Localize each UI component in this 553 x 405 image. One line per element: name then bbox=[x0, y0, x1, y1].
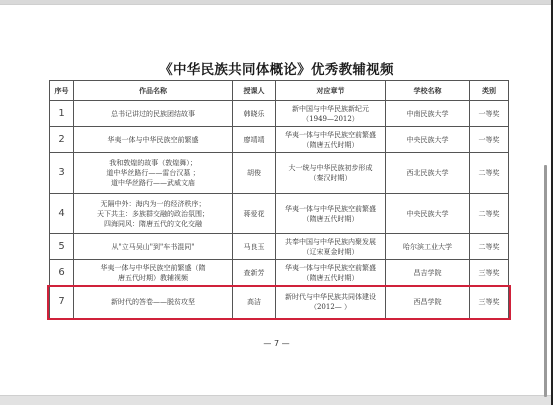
vertical-scrollbar[interactable] bbox=[544, 165, 547, 397]
cell-no: 3 bbox=[50, 153, 74, 194]
cell-teacher: 蒋爱花 bbox=[233, 194, 276, 234]
row-7-highlight-box bbox=[47, 285, 511, 320]
cell-work: 我和敦煌的故事（敦煌舞）；道中华丝路行——雷台汉墓 ；道中华丝路行——武威文庙 bbox=[74, 153, 233, 194]
cell-category: 三等奖 bbox=[470, 260, 509, 286]
cell-school: 昌吉学院 bbox=[386, 260, 470, 286]
header-work: 作品名称 bbox=[74, 81, 233, 101]
cell-teacher: 马良玉 bbox=[233, 234, 276, 260]
header-school: 学校名称 bbox=[386, 81, 470, 101]
table-row: 4 无隔中外：海内为一的经济秩序；天下共主：多族群交融的政治氛围；四海同风：隋唐… bbox=[50, 194, 509, 234]
cell-teacher: 胡俊 bbox=[233, 153, 276, 194]
cell-teacher: 韩晓乐 bbox=[233, 101, 276, 127]
cell-no: 5 bbox=[50, 234, 74, 260]
cell-chapter: 共奉中国与中华民族内聚发展（辽宋夏金时期） bbox=[276, 234, 386, 260]
cell-no: 6 bbox=[50, 260, 74, 286]
table-row: 1 总书记讲过的民族团结故事 韩晓乐 新中国与中华民族新纪元（1949—2012… bbox=[50, 101, 509, 127]
cell-category: 二等奖 bbox=[470, 234, 509, 260]
cell-category: 二等奖 bbox=[470, 153, 509, 194]
table-row: 5 从"立马吴山"到"车书混同" 马良玉 共奉中国与中华民族内聚发展（辽宋夏金时… bbox=[50, 234, 509, 260]
cell-work: 从"立马吴山"到"车书混同" bbox=[74, 234, 233, 260]
cell-school: 哈尔滨工业大学 bbox=[386, 234, 470, 260]
cell-work: 总书记讲过的民族团结故事 bbox=[74, 101, 233, 127]
cell-teacher: 廖靖靖 bbox=[233, 127, 276, 153]
cell-category: 二等奖 bbox=[470, 194, 509, 234]
header-teacher: 授课人 bbox=[233, 81, 276, 101]
cell-category: 一等奖 bbox=[470, 127, 509, 153]
cell-school: 西北民族大学 bbox=[386, 153, 470, 194]
cell-school: 中央民族大学 bbox=[386, 127, 470, 153]
cell-no: 2 bbox=[50, 127, 74, 153]
cell-no: 1 bbox=[50, 101, 74, 127]
cell-no: 4 bbox=[50, 194, 74, 234]
viewer-bottom-bar bbox=[0, 395, 553, 405]
cell-chapter: 大一统与中华民族初步形成（秦汉时期） bbox=[276, 153, 386, 194]
table-row: 6 华夷一体与中华民族空前繁盛（隋唐五代时期）教辅视频 查新芳 华夷一体与中华民… bbox=[50, 260, 509, 286]
cell-chapter: 华夷一体与中华民族空前繁盛（隋唐五代时期） bbox=[276, 260, 386, 286]
table-row: 2 华夷一体与中华民族空前繁盛 廖靖靖 华夷一体与中华民族空前繁盛（隋唐五代时期… bbox=[50, 127, 509, 153]
header-chapter: 对应章节 bbox=[276, 81, 386, 101]
cell-chapter: 新中国与中华民族新纪元（1949—2012） bbox=[276, 101, 386, 127]
cell-chapter: 华夷一体与中华民族空前繁盛（隋唐五代时期） bbox=[276, 127, 386, 153]
page-number: — 7 — bbox=[0, 339, 553, 348]
cell-category: 一等奖 bbox=[470, 101, 509, 127]
awards-table: 序号 作品名称 授课人 对应章节 学校名称 类别 1 总书记讲过的民族团结故事 … bbox=[49, 80, 509, 319]
cell-teacher: 查新芳 bbox=[233, 260, 276, 286]
table-header-row: 序号 作品名称 授课人 对应章节 学校名称 类别 bbox=[50, 81, 509, 101]
cell-work: 华夷一体与中华民族空前繁盛（隋唐五代时期）教辅视频 bbox=[74, 260, 233, 286]
cell-chapter: 华夷一体与中华民族空前繁盛（隋唐五代时期） bbox=[276, 194, 386, 234]
cell-work: 无隔中外：海内为一的经济秩序；天下共主：多族群交融的政治氛围；四海同风：隋唐五代… bbox=[74, 194, 233, 234]
cell-school: 中央民族大学 bbox=[386, 194, 470, 234]
cell-school: 中南民族大学 bbox=[386, 101, 470, 127]
header-no: 序号 bbox=[50, 81, 74, 101]
cell-work: 华夷一体与中华民族空前繁盛 bbox=[74, 127, 233, 153]
header-category: 类别 bbox=[470, 81, 509, 101]
table-row: 3 我和敦煌的故事（敦煌舞）；道中华丝路行——雷台汉墓 ；道中华丝路行——武威文… bbox=[50, 153, 509, 194]
document-title: 《中华民族共同体概论》优秀教辅视频 bbox=[0, 58, 553, 78]
